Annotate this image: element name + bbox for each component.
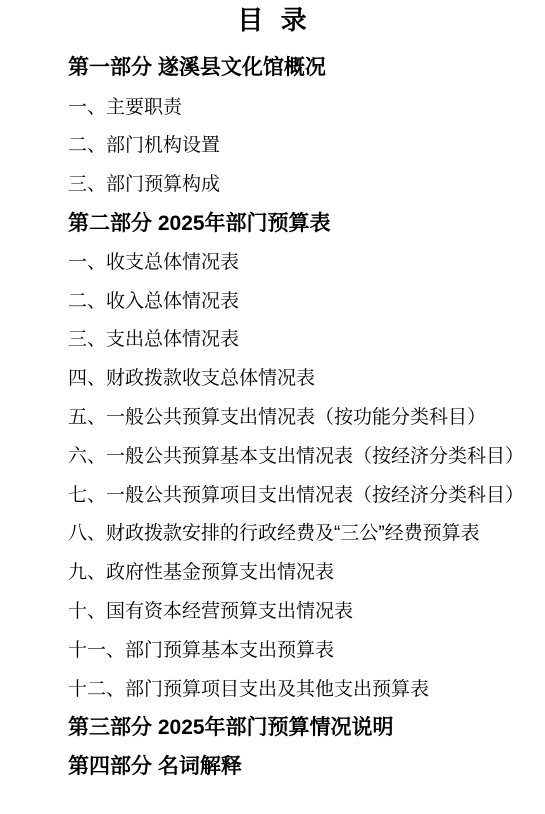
toc-item: 三、支出总体情况表 (68, 319, 525, 358)
toc-part-heading: 第一部分 遂溪县文化馆概况 (68, 47, 525, 86)
toc-item: 十、国有资本经营预算支出情况表 (68, 590, 525, 629)
toc-item: 一、主要职责 (68, 86, 525, 125)
toc-item: 二、收入总体情况表 (68, 280, 525, 319)
document-page: 目 录 第一部分 遂溪县文化馆概况 一、主要职责 二、部门机构设置 三、部门预算… (0, 0, 545, 814)
toc-item: 四、财政拨款收支总体情况表 (68, 357, 525, 396)
toc-item: 一、收支总体情况表 (68, 241, 525, 280)
toc-item: 五、一般公共预算支出情况表（按功能分类科目） (68, 396, 525, 435)
toc-item: 二、部门机构设置 (68, 125, 525, 164)
toc-part-heading: 第三部分 2025年部门预算情况说明 (68, 707, 525, 746)
toc-item: 九、政府性基金预算支出情况表 (68, 551, 525, 590)
toc-item: 三、部门预算构成 (68, 163, 525, 202)
toc-item: 八、财政拨款安排的行政经费及“三公”经费预算表 (68, 513, 525, 552)
toc-item: 十一、部门预算基本支出预算表 (68, 629, 525, 668)
toc-item: 六、一般公共预算基本支出情况表（按经济分类科目） (68, 435, 525, 474)
toc-part-heading: 第四部分 名词解释 (68, 745, 525, 784)
document-title: 目 录 (0, 0, 545, 41)
toc-item: 七、一般公共预算项目支出情况表（按经济分类科目） (68, 474, 525, 513)
table-of-contents: 第一部分 遂溪县文化馆概况 一、主要职责 二、部门机构设置 三、部门预算构成 第… (0, 47, 545, 784)
toc-item: 十二、部门预算项目支出及其他支出预算表 (68, 668, 525, 707)
toc-part-heading: 第二部分 2025年部门预算表 (68, 202, 525, 241)
